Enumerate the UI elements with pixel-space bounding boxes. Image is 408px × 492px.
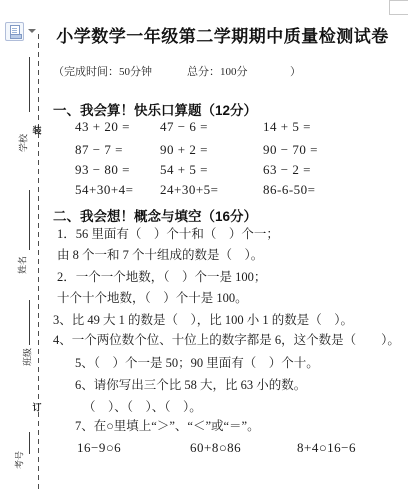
binding-char-2: 订 xyxy=(32,404,41,413)
math-expression: 8+4○16−6 xyxy=(297,440,408,456)
fill-item-line: 由 8 个一和 7 个十组成的数是（ ）。 xyxy=(57,248,263,263)
math-expression: 43 + 20 = xyxy=(75,119,160,135)
fill-item-line: 十个十个地数，（ ）个十是 100。 xyxy=(57,291,248,306)
margin-label-name: 姓名 xyxy=(19,256,28,274)
meta-close-paren: ） xyxy=(290,63,301,79)
school-blank-line xyxy=(29,57,30,112)
math-expression: 14 + 5 = xyxy=(263,119,408,135)
fill-item-line: （ ）、（ ）、（ ）。 xyxy=(83,400,202,415)
oral-calc-row: 87 − 7 = 90 + 2 = 90 − 70 = xyxy=(53,142,408,158)
math-expression: 87 − 7 = xyxy=(75,142,160,158)
fill-item-line: 7、在○里填上“＞”、“＜”或“＝”。 xyxy=(75,419,260,434)
math-expression: 63 − 2 = xyxy=(263,162,408,178)
fill-item-line: 6、请你写出三个比 58 大，比 63 小的数。 xyxy=(75,378,306,393)
paste-options-button[interactable] xyxy=(5,22,37,42)
paste-icon xyxy=(5,22,24,41)
completion-time: （完成时间：50分钟 xyxy=(53,63,152,79)
comparison-row: 16−9○6 60+8○86 8+4○16−6 xyxy=(53,440,408,456)
name-blank-line xyxy=(29,190,30,250)
binding-char-1: 装 xyxy=(32,127,41,136)
total-score: 总分：100分 xyxy=(187,63,248,79)
margin-label-class: 班级 xyxy=(24,348,33,366)
math-expression: 24+30+5= xyxy=(160,182,263,198)
math-expression: 60+8○86 xyxy=(190,440,297,456)
math-expression: 86-6-50= xyxy=(263,182,408,198)
math-expression: 54+30+4= xyxy=(75,182,160,198)
chevron-down-icon xyxy=(28,29,36,33)
math-expression: 90 + 2 = xyxy=(160,142,263,158)
oral-calc-row: 93 − 80 = 54 + 5 = 63 − 2 = xyxy=(53,162,408,178)
fill-item-line: 5、（ ）个一是 50；90 里面有（ ）个十。 xyxy=(75,356,319,371)
exam-paper-page: 学校 姓名 班级 考号 装 订 小学数学一年级第二学期期中质量检测试卷 （完成时… xyxy=(0,0,408,492)
fill-item-line: 3、比 49 大 1 的数是（ ），比 100 小 1 的数是（ ）。 xyxy=(53,313,353,328)
math-expression: 90 − 70 = xyxy=(263,142,408,158)
section2-heading: 二、我会想！概念与填空（16分） xyxy=(53,205,257,225)
math-expression: 93 − 80 = xyxy=(75,162,160,178)
examno-blank-line xyxy=(29,432,30,454)
section1-heading: 一、我会算！快乐口算题（12分） xyxy=(53,99,257,119)
math-expression: 47 − 6 = xyxy=(160,119,263,135)
class-blank-line xyxy=(29,300,30,345)
oral-calc-row: 43 + 20 = 47 − 6 = 14 + 5 = xyxy=(53,119,408,135)
fill-item-line: 1．56 里面有（ ）个十和（ ）个一； xyxy=(57,227,279,242)
fill-item-line: 4、一个两位数个位、十位上的数字都是 6，这个数是（ ）。 xyxy=(53,333,400,348)
clipped-frame-corner xyxy=(389,0,408,15)
margin-label-examno: 考号 xyxy=(16,451,25,469)
math-expression: 54 + 5 = xyxy=(160,162,263,178)
fill-item-line: 2．一个一个地数，（ ）个一是 100； xyxy=(57,270,266,285)
binding-dashed-line xyxy=(38,34,39,492)
oral-calc-row: 54+30+4= 24+30+5= 86-6-50= xyxy=(53,182,408,198)
math-expression: 16−9○6 xyxy=(77,440,190,456)
margin-label-school: 学校 xyxy=(20,134,29,152)
page-title: 小学数学一年级第二学期期中质量检测试卷 xyxy=(45,22,400,47)
